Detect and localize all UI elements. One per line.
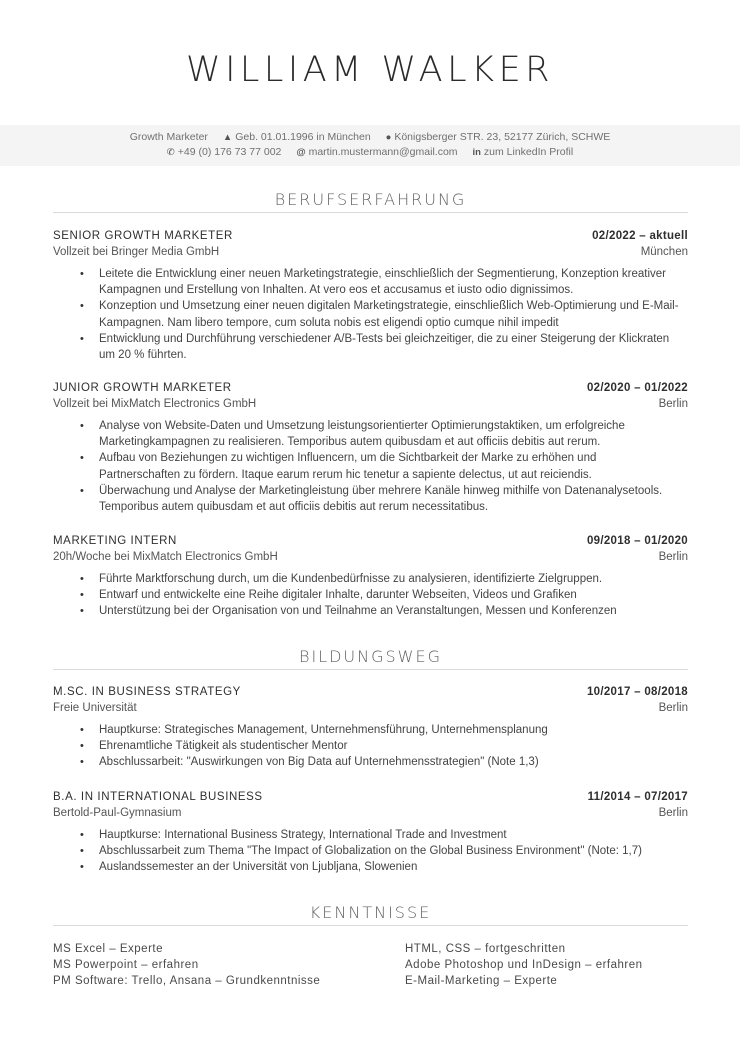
- job-title-text: Growth Marketer: [130, 131, 208, 143]
- entry-employer: Vollzeit bei MixMatch Electronics GmbH: [53, 396, 256, 412]
- skill-item: MS Excel – Experte: [53, 941, 320, 957]
- linkedin-text: zum LinkedIn Profil: [484, 146, 573, 158]
- entry-location: Berlin: [659, 700, 688, 716]
- entry-bullets: Hauptkurse: International Business Strat…: [80, 827, 680, 876]
- entry-date: 09/2018 – 01/2020: [587, 533, 688, 549]
- experience-entry: MARKETING INTERN 09/2018 – 01/2020 20h/W…: [53, 533, 688, 620]
- linkedin-link[interactable]: inzum LinkedIn Profil: [472, 146, 573, 158]
- entry-title: B.A. IN INTERNATIONAL BUSINESS: [53, 789, 263, 805]
- section-title-education: BILDUNGSWEG: [53, 647, 688, 666]
- section-divider: [53, 669, 688, 670]
- section-divider: [53, 925, 688, 926]
- entry-bullets: Analyse von Website-Daten und Umsetzung …: [80, 418, 680, 515]
- entry-employer: 20h/Woche bei MixMatch Electronics GmbH: [53, 549, 278, 565]
- entry-title: SENIOR GROWTH MARKETER: [53, 228, 233, 244]
- entry-date: 02/2022 – aktuell: [592, 228, 688, 244]
- entry-date: 11/2014 – 07/2017: [588, 789, 688, 805]
- bullet-item: Entwicklung und Durchführung verschieden…: [80, 331, 680, 363]
- birth-info-text: Geb. 01.01.1996 in München: [235, 131, 370, 143]
- entry-title: JUNIOR GROWTH MARKETER: [53, 380, 232, 396]
- at-icon: @: [296, 147, 305, 158]
- phone[interactable]: ✆+49 (0) 176 73 77 002: [167, 146, 282, 158]
- bullet-item: Abschlussarbeit zum Thema "The Impact of…: [80, 843, 680, 859]
- entry-institution: Bertold-Paul-Gymnasium: [53, 805, 181, 821]
- bullet-item: Abschlussarbeit: "Auswirkungen von Big D…: [80, 754, 680, 770]
- birth-info: ▲Geb. 01.01.1996 in München: [223, 131, 371, 143]
- entry-location: Berlin: [659, 549, 688, 565]
- bullet-item: Konzeption und Umsetzung einer neuen dig…: [80, 298, 680, 330]
- entry-bullets: Führte Marktforschung durch, um die Kund…: [80, 571, 680, 620]
- experience-entry: JUNIOR GROWTH MARKETER 02/2020 – 01/2022…: [53, 380, 688, 515]
- entry-location: Berlin: [659, 805, 688, 821]
- address: ●Königsberger STR. 23, 52177 Zürich, SCH…: [386, 131, 611, 143]
- entry-date: 10/2017 – 08/2018: [587, 684, 688, 700]
- entry-institution: Freie Universität: [53, 700, 137, 716]
- linkedin-icon: in: [472, 147, 480, 158]
- bullet-item: Überwachung und Analyse der Marketinglei…: [80, 483, 680, 515]
- section-title-skills: KENNTNISSE: [53, 903, 688, 922]
- bullet-item: Auslandssemester an der Universität von …: [80, 859, 680, 875]
- bullet-item: Leitete die Entwicklung einer neuen Mark…: [80, 266, 680, 298]
- job-title: Growth Marketer: [130, 131, 208, 143]
- bullet-item: Hauptkurse: Strategisches Management, Un…: [80, 722, 680, 738]
- birthday-cake-icon: ▲: [223, 132, 232, 143]
- bullet-item: Ehrenamtliche Tätigkeit als studentische…: [80, 738, 680, 754]
- candidate-name: WILLIAM WALKER: [0, 50, 740, 90]
- email[interactable]: @martin.mustermann@gmail.com: [296, 146, 457, 158]
- skills-column-left: MS Excel – Experte MS Powerpoint – erfah…: [53, 941, 320, 990]
- bullet-item: Hauptkurse: International Business Strat…: [80, 827, 680, 843]
- section-divider: [53, 212, 688, 213]
- skill-item: HTML, CSS – fortgeschritten: [405, 941, 643, 957]
- entry-title: M.SC. IN BUSINESS STRATEGY: [53, 684, 241, 700]
- phone-text: +49 (0) 176 73 77 002: [178, 146, 282, 158]
- entry-location: München: [641, 244, 688, 260]
- experience-entry: SENIOR GROWTH MARKETER 02/2022 – aktuell…: [53, 228, 688, 363]
- education-entry: B.A. IN INTERNATIONAL BUSINESS 11/2014 –…: [53, 789, 688, 876]
- education-entry: M.SC. IN BUSINESS STRATEGY 10/2017 – 08/…: [53, 684, 688, 771]
- skill-item: PM Software: Trello, Ansana – Grundkennt…: [53, 973, 320, 989]
- map-pin-icon: ●: [386, 132, 392, 143]
- entry-location: Berlin: [659, 396, 688, 412]
- bullet-item: Analyse von Website-Daten und Umsetzung …: [80, 418, 680, 450]
- contact-line-1: Growth Marketer ▲Geb. 01.01.1996 in Münc…: [0, 131, 740, 143]
- skill-item: Adobe Photoshop und InDesign – erfahren: [405, 957, 643, 973]
- skills-column-right: HTML, CSS – fortgeschritten Adobe Photos…: [405, 941, 643, 990]
- entry-bullets: Hauptkurse: Strategisches Management, Un…: [80, 722, 680, 771]
- contact-line-2: ✆+49 (0) 176 73 77 002 @martin.musterman…: [0, 146, 740, 158]
- entry-bullets: Leitete die Entwicklung einer neuen Mark…: [80, 266, 680, 363]
- address-text: Königsberger STR. 23, 52177 Zürich, SCHW…: [394, 131, 610, 143]
- entry-employer: Vollzeit bei Bringer Media GmbH: [53, 244, 219, 260]
- bullet-item: Unterstützung bei der Organisation von u…: [80, 603, 680, 619]
- email-text: martin.mustermann@gmail.com: [309, 146, 458, 158]
- bullet-item: Entwarf und entwickelte eine Reihe digit…: [80, 587, 680, 603]
- phone-icon: ✆: [167, 147, 175, 158]
- section-title-experience: BERUFSERFAHRUNG: [53, 190, 688, 209]
- entry-date: 02/2020 – 01/2022: [587, 380, 688, 396]
- skill-item: E-Mail-Marketing – Experte: [405, 973, 643, 989]
- entry-title: MARKETING INTERN: [53, 533, 177, 549]
- bullet-item: Führte Marktforschung durch, um die Kund…: [80, 571, 680, 587]
- bullet-item: Aufbau von Beziehungen zu wichtigen Infl…: [80, 450, 680, 482]
- skill-item: MS Powerpoint – erfahren: [53, 957, 320, 973]
